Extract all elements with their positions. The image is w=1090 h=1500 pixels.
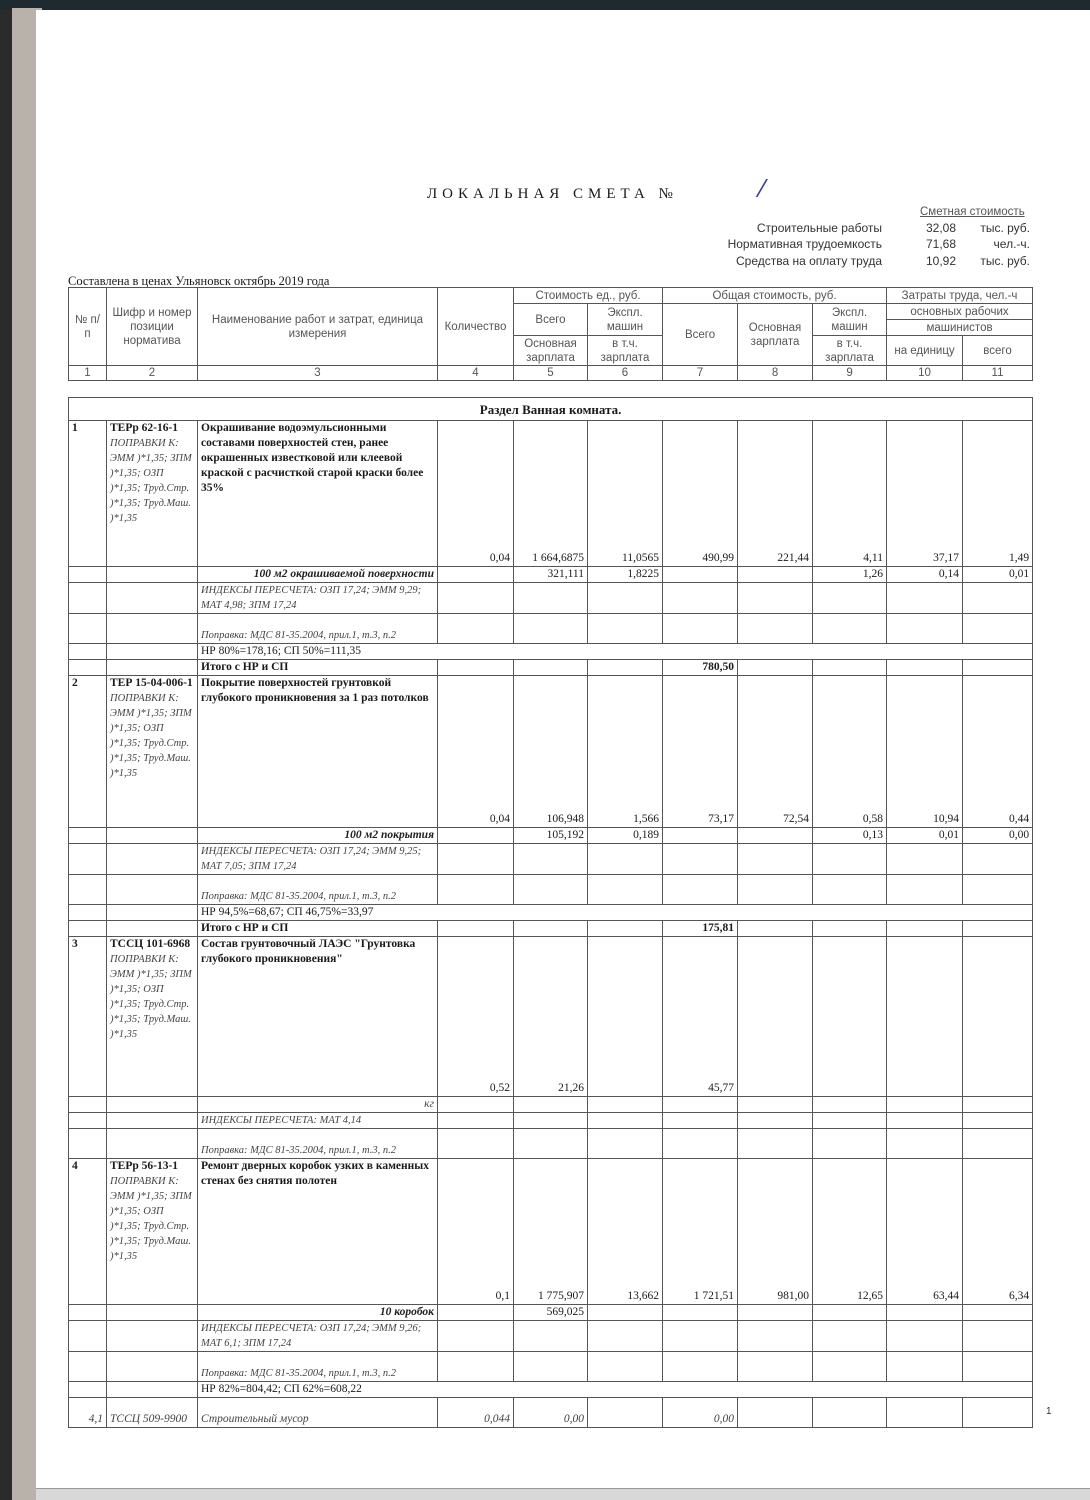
- header-total: всего: [963, 336, 1033, 366]
- header-unit-all: Всего: [514, 304, 588, 336]
- table-row: ИНДЕКСЫ ПЕРЕСЧЕТА: ОЗП 17,24; ЭММ 9,29; …: [69, 583, 1033, 614]
- header-total-machines: Экспл. машин: [813, 304, 887, 336]
- header-machinists: машинистов: [887, 320, 1033, 336]
- subitem-num: 4,1: [69, 1398, 107, 1428]
- estimate-body-table: Раздел Ванная комната. 1 ТЕРр 62-16-1ПОП…: [68, 397, 1033, 1428]
- header-unit-machines: Экспл. машин: [588, 304, 663, 336]
- table-row: 10 коробок 569,025: [69, 1305, 1033, 1321]
- page-number: 1: [1046, 1406, 1052, 1417]
- table-row: Итого с НР и СП 175,81: [69, 921, 1033, 937]
- item-overheads: НР 82%=804,42; СП 62%=608,22: [198, 1382, 1033, 1398]
- header-total-base-wage: Основная зарплата: [738, 304, 813, 366]
- item-unit: кг: [198, 1097, 438, 1113]
- item-correction: Поправка: МДС 81-35.2004, прил.1, т.3, п…: [198, 1352, 438, 1382]
- table-row: 4 ТЕРр 56-13-1ПОПРАВКИ К: ЭММ )*1,35; ЗП…: [69, 1159, 1033, 1305]
- summary-row-construction: Строительные работы 32,08 тыс. руб.: [0, 221, 1090, 237]
- table-row: 2 ТЕР 15-04-006-1ПОПРАВКИ К: ЭММ )*1,35;…: [69, 676, 1033, 828]
- summary-row-wage-fund: Средства на оплату труда 10,92 тыс. руб.: [0, 254, 1090, 270]
- table-row: 3 ТССЦ 101-6968ПОПРАВКИ К: ЭММ )*1,35; З…: [69, 937, 1033, 1097]
- page-stack-edge: [36, 1488, 1090, 1500]
- header-labor: Затраты труда, чел.-ч: [887, 288, 1033, 304]
- item-code-cell: ТЕР 15-04-006-1ПОПРАВКИ К: ЭММ )*1,35; З…: [107, 676, 198, 828]
- header-total-incl-wage: в т.ч. зарплата: [813, 336, 887, 366]
- item-num: 4: [69, 1159, 107, 1305]
- item-unit: 10 коробок: [198, 1305, 438, 1321]
- item-correction: Поправка: МДС 81-35.2004, прил.1, т.3, п…: [198, 1129, 438, 1159]
- item-code-cell: ТЕРр 56-13-1ПОПРАВКИ К: ЭММ )*1,35; ЗПМ …: [107, 1159, 198, 1305]
- header-column-numbers: 1 2 3 4 5 6 7 8 9 10 11: [69, 366, 1033, 381]
- section-title: Раздел Ванная комната.: [69, 398, 1033, 421]
- header-workers: основных рабочих: [887, 304, 1033, 320]
- item-unit: 100 м2 покрытия: [198, 828, 438, 844]
- table-row: НР 82%=804,42; СП 62%=608,22: [69, 1382, 1033, 1398]
- summary-row-labor-intensity: Нормативная трудоемкость 71,68 чел.-ч.: [0, 237, 1090, 253]
- table-row: НР 80%=178,16; СП 50%=111,35: [69, 644, 1033, 660]
- table-row: ИНДЕКСЫ ПЕРЕСЧЕТА: ОЗП 17,24; ЭММ 9,25; …: [69, 844, 1033, 875]
- header-unit-cost: Стоимость ед., руб.: [514, 288, 663, 304]
- summary-header: Сметная стоимость: [920, 206, 1025, 218]
- table-row: ИНДЕКСЫ ПЕРЕСЧЕТА: ОЗП 17,24; ЭММ 9,26; …: [69, 1321, 1033, 1352]
- item-name: Ремонт дверных коробок узких в каменных …: [198, 1159, 438, 1305]
- header-unit-base-wage: Основная зарплата: [514, 336, 588, 366]
- item-indexes: ИНДЕКСЫ ПЕРЕСЧЕТА: МАТ 4,14: [198, 1113, 438, 1129]
- item-name: Покрытие поверхностей грунтовкой глубоко…: [198, 676, 438, 828]
- item-unit: 100 м2 окрашиваемой поверхности: [198, 567, 438, 583]
- header-name: Наименование работ и затрат, единица изм…: [198, 288, 438, 366]
- item-correction: Поправка: МДС 81-35.2004, прил.1, т.3, п…: [198, 614, 438, 644]
- table-row: Поправка: МДС 81-35.2004, прил.1, т.3, п…: [69, 1129, 1033, 1159]
- item-indexes: ИНДЕКСЫ ПЕРЕСЧЕТА: ОЗП 17,24; ЭММ 9,29; …: [198, 583, 438, 614]
- header-total-all: Всего: [663, 304, 738, 366]
- table-row: 100 м2 покрытия 105,192 0,189 0,13 0,01 …: [69, 828, 1033, 844]
- table-row: 1 ТЕРр 62-16-1ПОПРАВКИ К: ЭММ )*1,35; ЗП…: [69, 421, 1033, 567]
- table-row: кг: [69, 1097, 1033, 1113]
- item-total-label: Итого с НР и СП: [198, 921, 438, 937]
- item-overheads: НР 80%=178,16; СП 50%=111,35: [198, 644, 1033, 660]
- header-code: Шифр и номер позиции норматива: [107, 288, 198, 366]
- header-total-cost: Общая стоимость, руб.: [663, 288, 887, 304]
- table-row: 100 м2 окрашиваемой поверхности 321,111 …: [69, 567, 1033, 583]
- table-row: ИНДЕКСЫ ПЕРЕСЧЕТА: МАТ 4,14: [69, 1113, 1033, 1129]
- header-per-unit: на единицу: [887, 336, 963, 366]
- item-num: 3: [69, 937, 107, 1097]
- item-total-label: Итого с НР и СП: [198, 660, 438, 676]
- table-row: Итого с НР и СП 780,50: [69, 660, 1033, 676]
- item-name: Окрашивание водоэмульсионными составами …: [198, 421, 438, 567]
- header-unit-incl-wage: в т.ч. зарплата: [588, 336, 663, 366]
- subitem-code: ТССЦ 509-9900: [107, 1398, 198, 1428]
- estimate-header-table: № п/п Шифр и номер позиции норматива Наи…: [68, 287, 1033, 381]
- scan-border-top: [0, 0, 1090, 10]
- header-qty: Количество: [438, 288, 514, 366]
- header-num: № п/п: [69, 288, 107, 366]
- item-name: Состав грунтовочный ЛАЭС "Грунтовка глуб…: [198, 937, 438, 1097]
- table-row: НР 94,5%=68,67; СП 46,75%=33,97: [69, 905, 1033, 921]
- item-code-cell: ТЕРр 62-16-1ПОПРАВКИ К: ЭММ )*1,35; ЗПМ …: [107, 421, 198, 567]
- document-title: ЛОКАЛЬНАЯ СМЕТА №: [427, 186, 678, 203]
- table-row-subitem: 4,1 ТССЦ 509-9900 Строительный мусор 0,0…: [69, 1398, 1033, 1428]
- item-num: 2: [69, 676, 107, 828]
- item-indexes: ИНДЕКСЫ ПЕРЕСЧЕТА: ОЗП 17,24; ЭММ 9,25; …: [198, 844, 438, 875]
- table-row: Поправка: МДС 81-35.2004, прил.1, т.3, п…: [69, 614, 1033, 644]
- item-correction: Поправка: МДС 81-35.2004, прил.1, т.3, п…: [198, 875, 438, 905]
- item-total-value: 780,50: [663, 660, 738, 676]
- table-row: Поправка: МДС 81-35.2004, прил.1, т.3, п…: [69, 875, 1033, 905]
- item-indexes: ИНДЕКСЫ ПЕРЕСЧЕТА: ОЗП 17,24; ЭММ 9,26; …: [198, 1321, 438, 1352]
- item-code-cell: ТССЦ 101-6968ПОПРАВКИ К: ЭММ )*1,35; ЗПМ…: [107, 937, 198, 1097]
- item-overheads: НР 94,5%=68,67; СП 46,75%=33,97: [198, 905, 1033, 921]
- item-num: 1: [69, 421, 107, 567]
- subitem-name: Строительный мусор: [198, 1398, 438, 1428]
- table-row: Поправка: МДС 81-35.2004, прил.1, т.3, п…: [69, 1352, 1033, 1382]
- item-total-value: 175,81: [663, 921, 738, 937]
